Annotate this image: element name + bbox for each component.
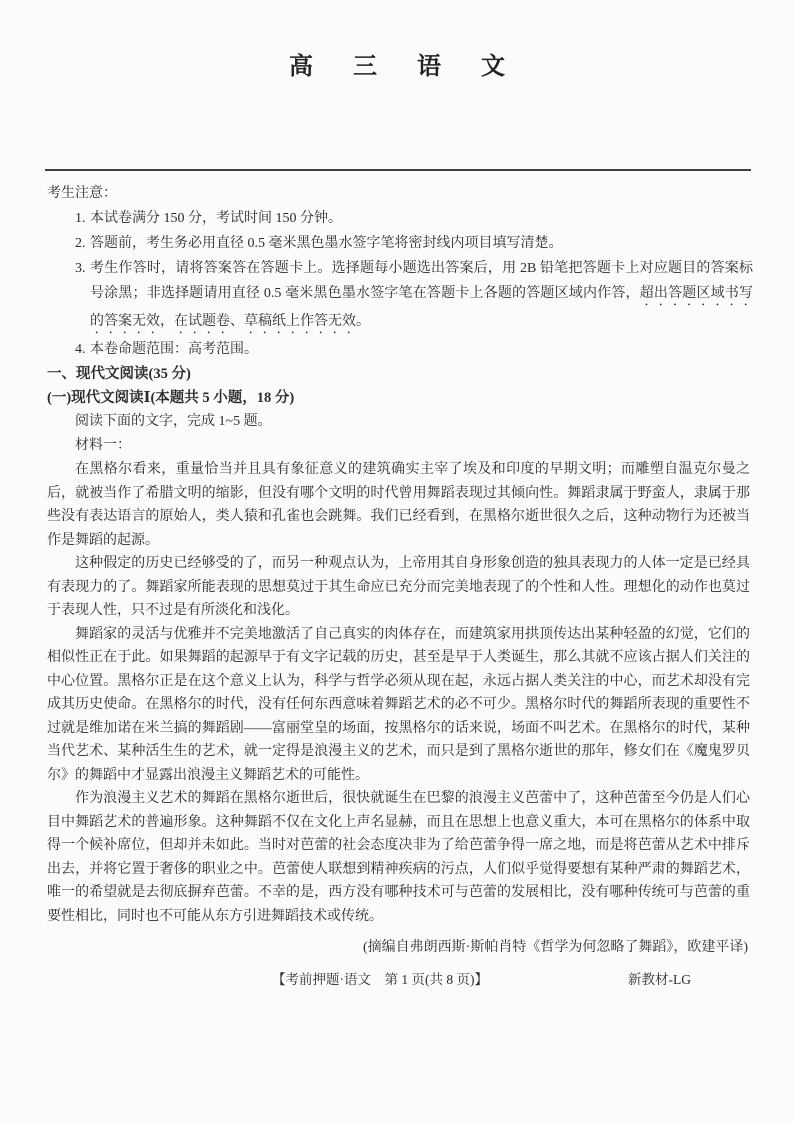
page-footer: 【考前押题·语文 第 1 页(共 8 页)】 新教材-LG: [0, 968, 760, 992]
notice-heading: 考生注意：: [47, 181, 753, 206]
material-one-label: 材料一：: [47, 434, 750, 458]
footer-edition-label: 新教材-LG: [628, 968, 691, 992]
notice-item-number: 1.: [75, 206, 86, 231]
footer-page-info: 【考前押题·语文 第 1 页(共 8 页)】: [272, 972, 488, 987]
reading-instruction: 阅读下面的文字，完成 1~5 题。: [47, 410, 750, 434]
modern-text-reading-section: 一、现代文阅读(35 分) (一)现代文阅读Ⅰ(本题共 5 小题，18 分) 阅…: [47, 362, 750, 960]
notice-item-1: 1.本试卷满分 150 分，考试时间 150 分钟。: [47, 206, 753, 231]
material-paragraph: 舞蹈家的灵活与优雅并不完美地激活了自己真实的肉体存在，而建筑家用拱顶传达出某种轻…: [47, 623, 750, 788]
material-paragraph: 这种假定的历史已经够受的了，而另一种观点认为，上帝用其自身形象创造的独具表现力的…: [47, 552, 750, 623]
notice-item-3: 3.考生作答时，请将答案答在答题卡上。选择题每小题选出答案后，用 2B 铅笔把答…: [47, 256, 753, 337]
material-paragraph: 作为浪漫主义艺术的舞蹈在黑格尔逝世后，很快就诞生在巴黎的浪漫主义芭蕾中了，这种芭…: [47, 787, 750, 928]
notice-item-4: 4.本卷命题范围：高考范围。: [47, 337, 753, 362]
notice-item-text: 本试卷满分 150 分，考试时间 150 分钟。: [90, 211, 342, 226]
exam-paper-page: 高 三 语 文 考生注意： 1.本试卷满分 150 分，考试时间 150 分钟。…: [0, 0, 794, 1123]
page-title: 高 三 语 文: [0, 46, 794, 81]
notice-item-number: 4.: [75, 337, 86, 362]
candidate-notice-section: 考生注意： 1.本试卷满分 150 分，考试时间 150 分钟。 2.答题前，考…: [47, 181, 753, 362]
header-divider: [45, 169, 751, 171]
notice-item-number: 2.: [75, 231, 86, 256]
material-paragraph: 在黑格尔看来，重量恰当并且具有象征意义的建筑确实主宰了埃及和印度的早期文明；而雕…: [47, 458, 750, 552]
notice-item-text: 答题前，考生务必用直径 0.5 毫米黑色墨水签字笔将密封线内项目填写清楚。: [90, 236, 563, 251]
section-heading: 一、现代文阅读(35 分): [47, 362, 750, 386]
notice-item-number: 3.: [75, 256, 86, 281]
notice-item-text: 本卷命题范围：高考范围。: [90, 342, 258, 357]
source-attribution: (摘编自弗朗西斯·斯帕肖特《哲学为何忽略了舞蹈》，欧建平译): [47, 936, 748, 960]
notice-item-2: 2.答题前，考生务必用直径 0.5 毫米黑色墨水签字笔将密封线内项目填写清楚。: [47, 231, 753, 256]
subsection-heading: (一)现代文阅读Ⅰ(本题共 5 小题，18 分): [47, 386, 750, 410]
